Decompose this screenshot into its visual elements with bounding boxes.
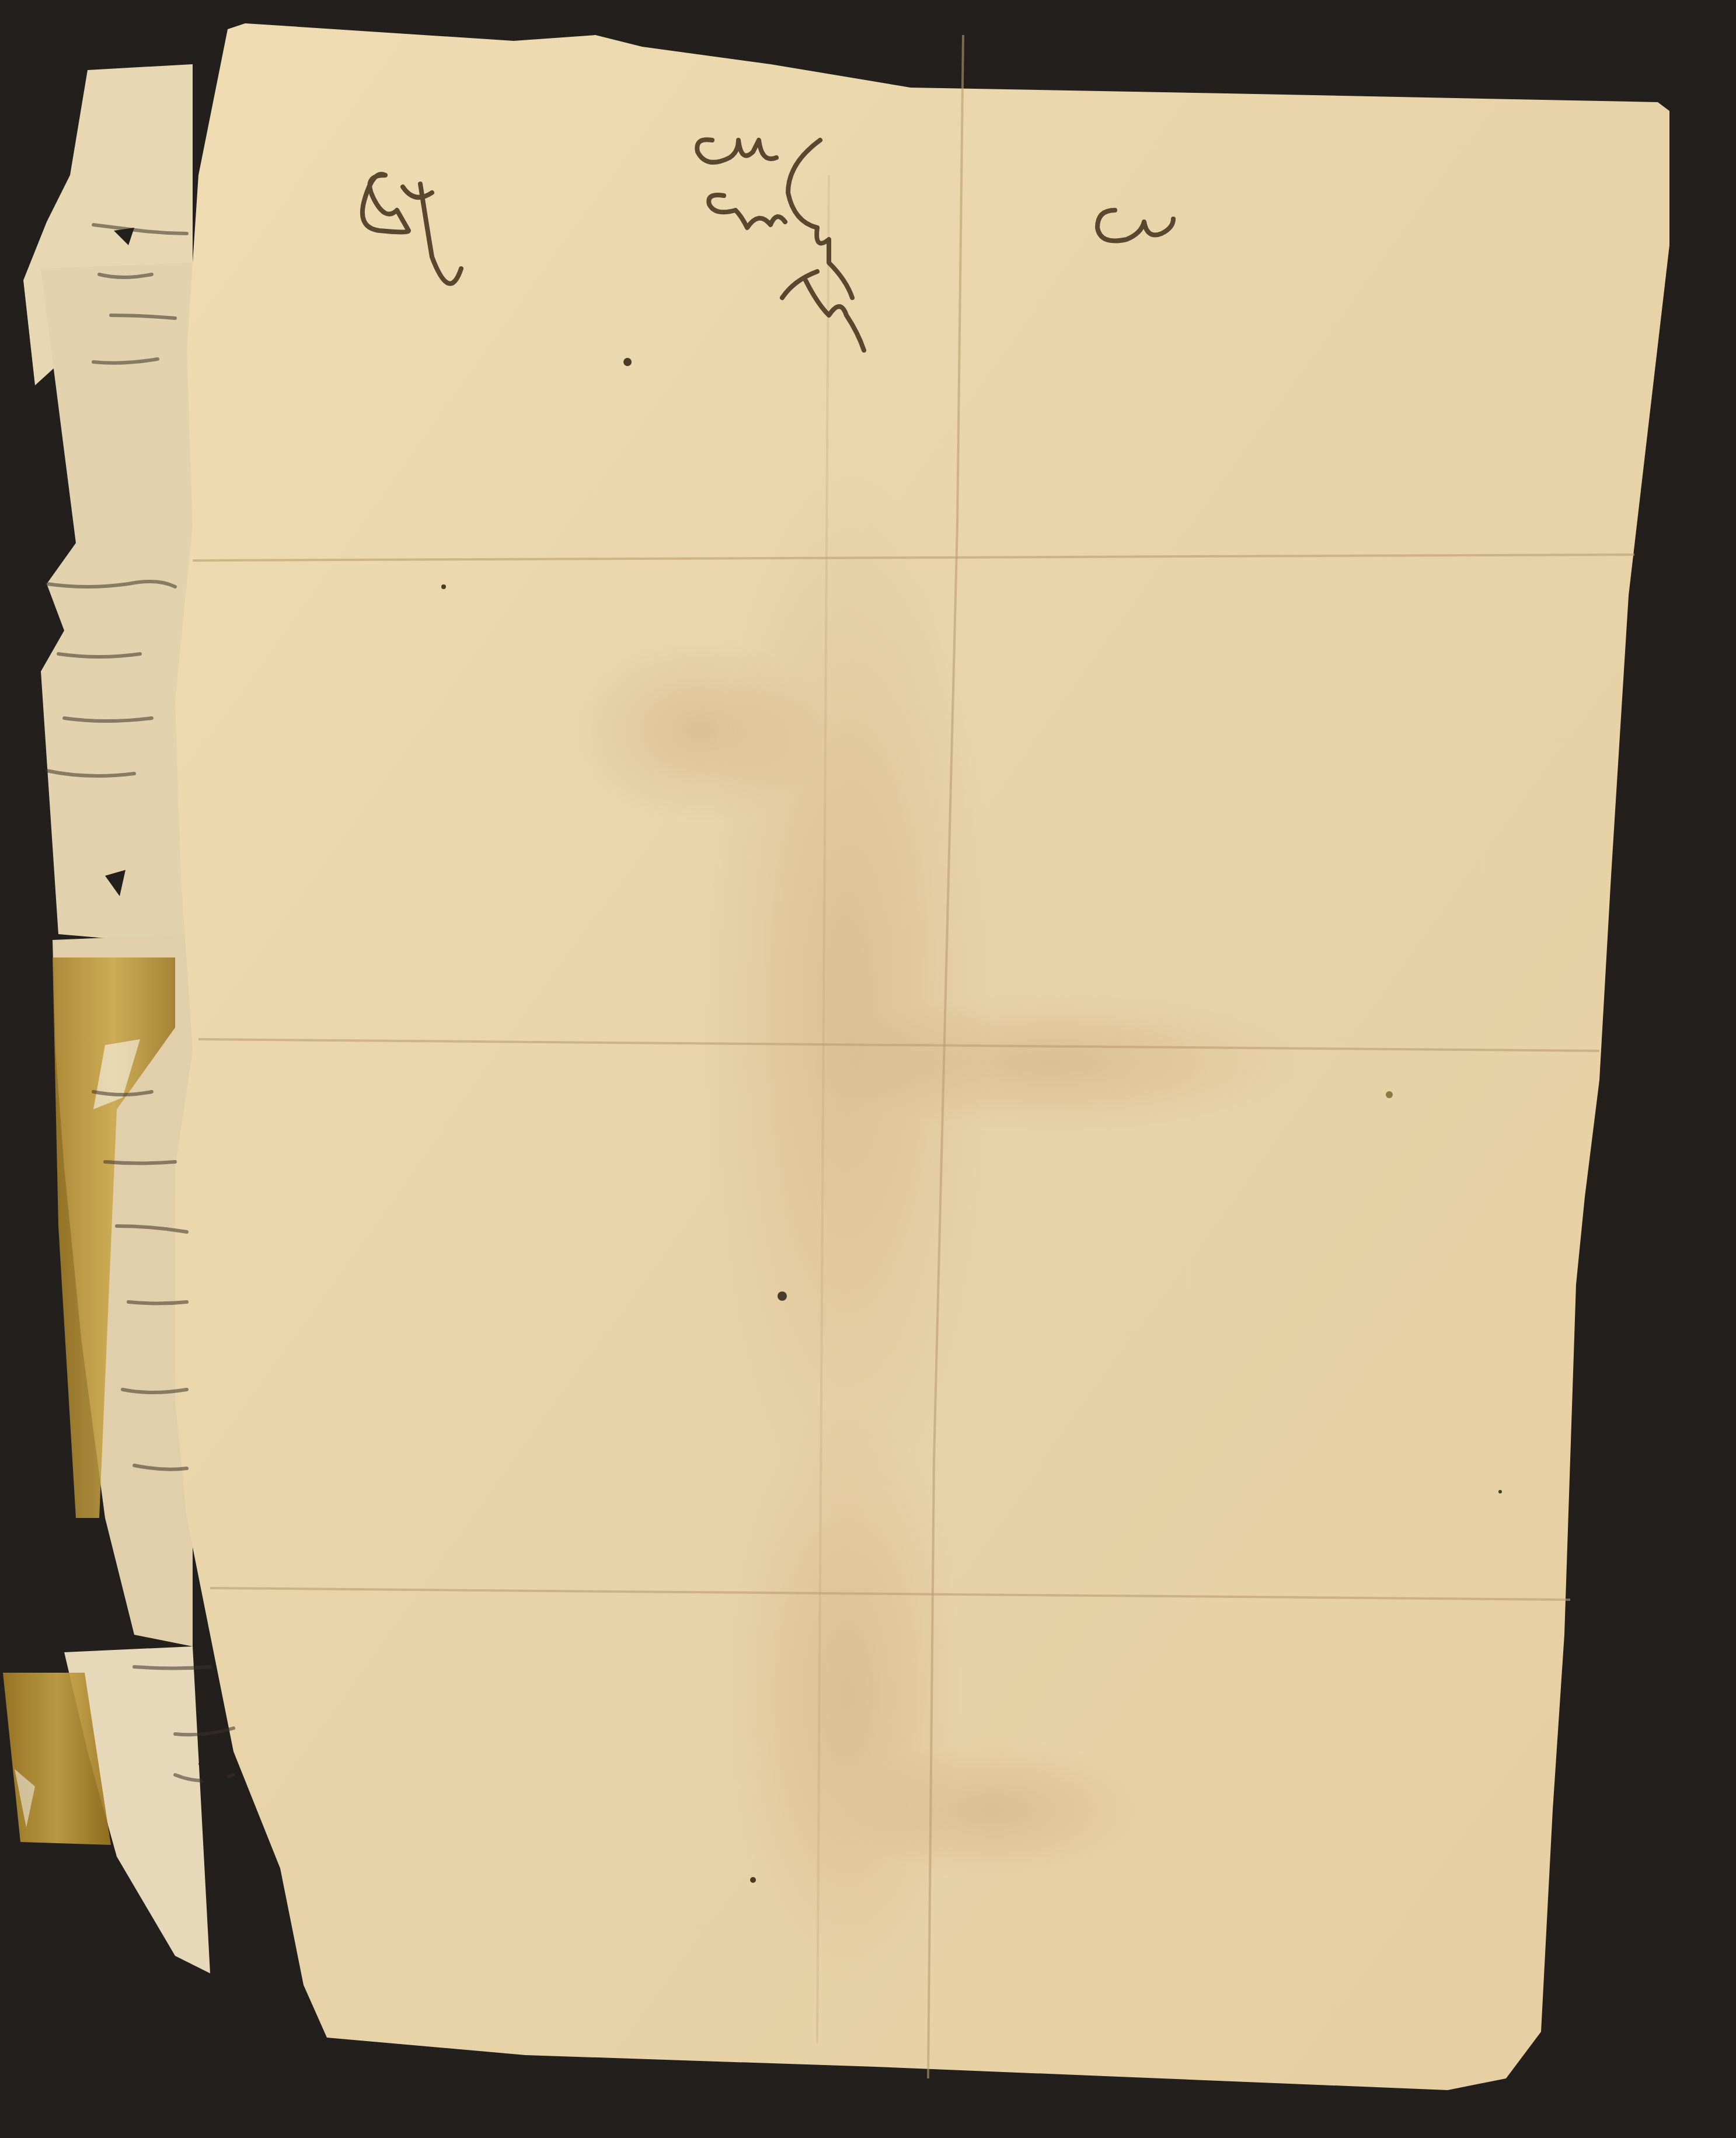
paper-graphic (0, 0, 1736, 2138)
manuscript-sheet: بكم سمس سنه مم سى (0, 0, 1736, 2138)
